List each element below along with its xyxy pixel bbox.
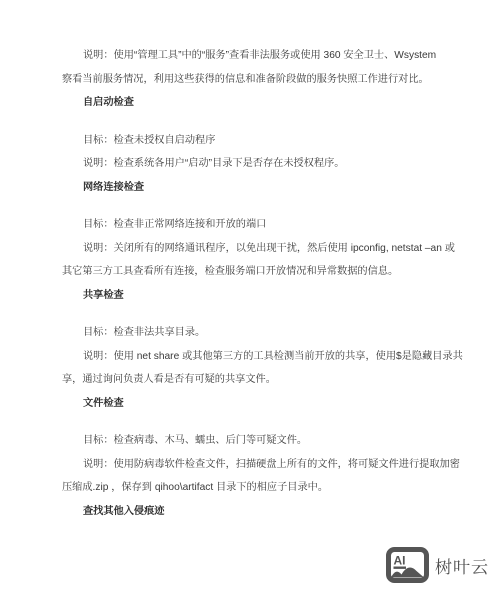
section-heading-file: 文件检查	[62, 392, 444, 416]
description-line: 说明：检查系统各用户“启动”目录下是否存在未授权程序。	[62, 152, 444, 176]
description-line: 说明：使用 net share 或其他第三方的工具检测当前开放的共享，使用$是隐…	[62, 345, 444, 369]
watermark: AI 树叶云	[386, 547, 489, 583]
section-heading-share: 共享检查	[62, 284, 444, 308]
description-line: 说明：关闭所有的网络通讯程序，以免出现干扰，然后使用 ipconfig, net…	[62, 237, 444, 261]
goal-line: 目标：检查非正常网络连接和开放的端口	[62, 213, 444, 237]
paragraph-line: 说明：使用“管理工具”中的“服务”查看非法服务或使用 360 安全卫士、Wsys…	[62, 44, 444, 68]
goal-line: 目标：检查病毒、木马、蠕虫、后门等可疑文件。	[62, 429, 444, 453]
section-heading-network: 网络连接检查	[62, 176, 444, 200]
brand-name: 树叶云	[435, 553, 489, 578]
goal-line: 目标：检查未授权自启动程序	[62, 129, 444, 153]
description-line: 享，通过询问负责人看是否有可疑的共享文件。	[62, 368, 444, 392]
description-line: 其它第三方工具查看所有连接，检查服务端口开放情况和异常数据的信息。	[62, 260, 444, 284]
goal-line: 目标：检查非法共享目录。	[62, 321, 444, 345]
description-line: 说明：使用防病毒软件检查文件，扫描硬盘上所有的文件，将可疑文件进行提取加密	[62, 453, 444, 477]
document-body: 说明：使用“管理工具”中的“服务”查看非法服务或使用 360 安全卫士、Wsys…	[62, 44, 444, 537]
paragraph-line: 察看当前服务情况，利用这些获得的信息和准备阶段做的服务快照工作进行对比。	[62, 68, 444, 92]
ai-image-logo-icon: AI	[386, 547, 429, 583]
description-line: 压缩成.zip ，保存到 qihoo\artifact 目录下的相应子目录中。	[62, 476, 444, 500]
section-heading-other-traces: 查找其他入侵痕迹	[62, 500, 444, 524]
section-heading-autostart: 自启动检查	[62, 91, 444, 115]
logo-ai-label: AI	[394, 554, 406, 568]
